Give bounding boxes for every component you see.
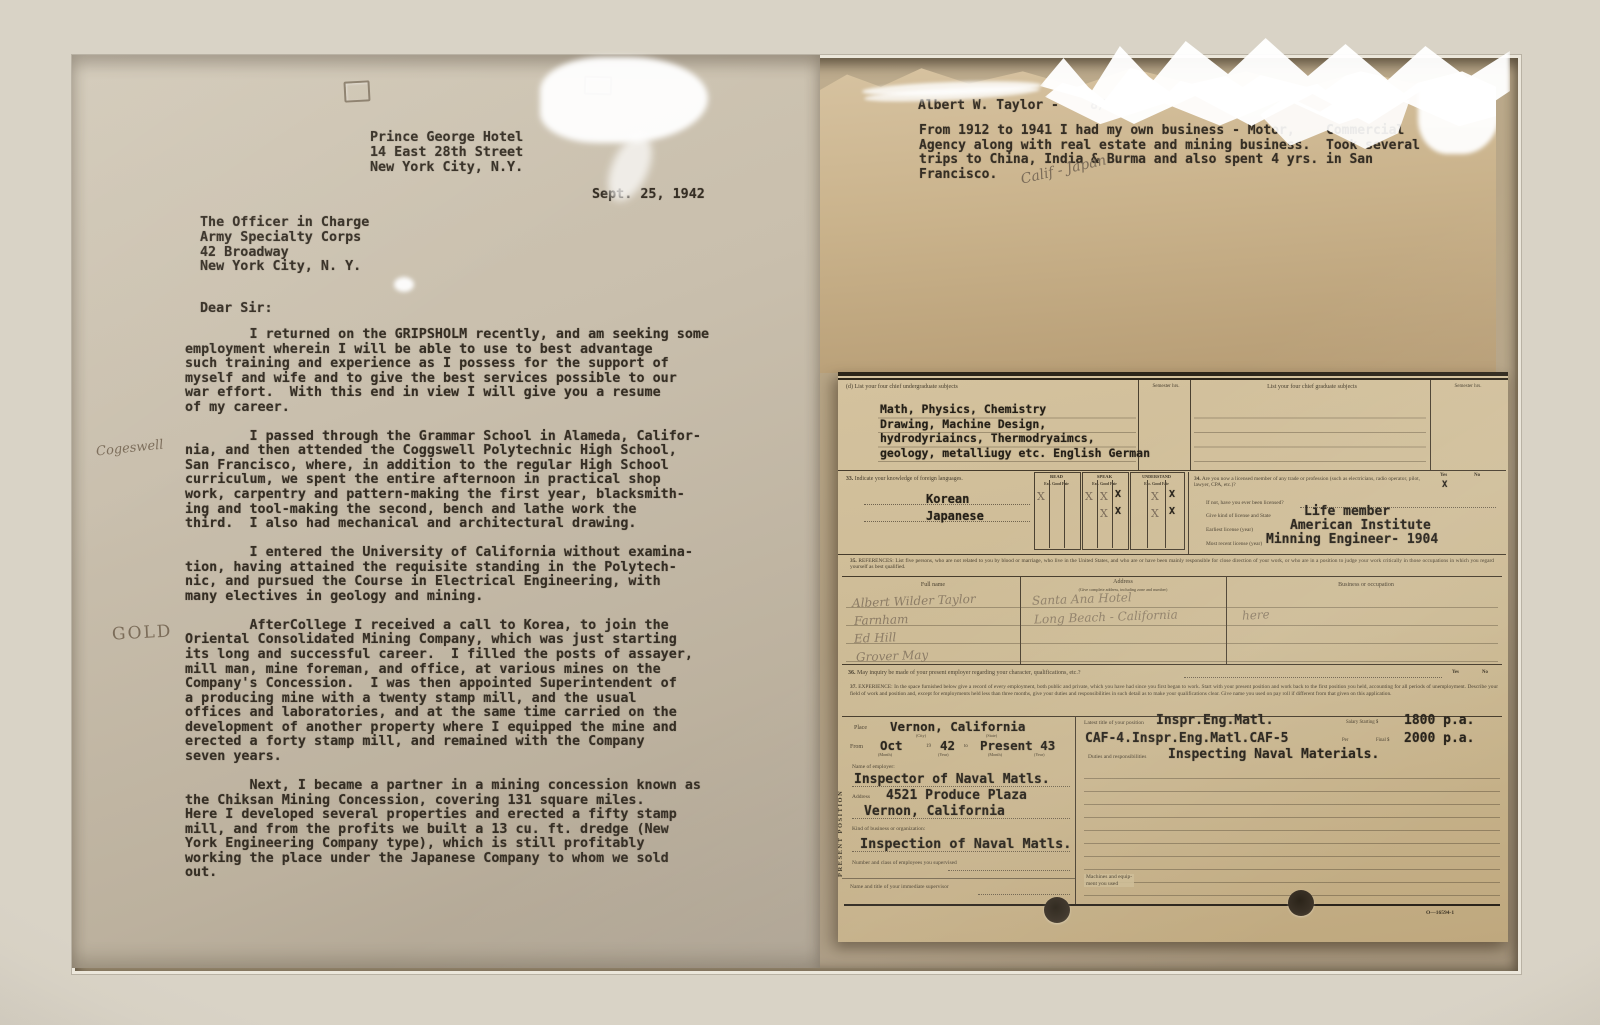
- duties-label: Duties and responsibilities: [1088, 754, 1146, 761]
- languages-label: Indicate your knowledge of foreign langu…: [855, 476, 963, 482]
- duties-value: Inspecting Naval Materials.: [1168, 747, 1379, 762]
- lang-mark-typed: X: [1115, 506, 1121, 517]
- edu-sem-hrs-2: Semester hrs.: [1434, 384, 1502, 390]
- card-heading: Albert W. Taylor - 8/28/44: [918, 98, 1145, 113]
- edu-grad-header: List your four chief graduate subjects: [1198, 384, 1426, 391]
- letter-date: Sept. 25, 1942: [592, 187, 705, 202]
- edu-ruled-lines: [878, 404, 1136, 462]
- lang-cell-line: [1147, 480, 1148, 548]
- references-col-name: Full name: [858, 582, 1008, 589]
- note-card: Albert W. Taylor - 8/28/44 From 1912 to …: [820, 62, 1496, 373]
- reference-row-name: Grover May: [856, 648, 929, 665]
- speak-group-label: SPEAK: [1082, 474, 1127, 479]
- punch-hole-right: [1288, 890, 1314, 916]
- subcol-labels-speak: Exc. Good Fair: [1082, 482, 1127, 486]
- from-year-value: 42: [940, 738, 955, 753]
- lang-mark-pencil: X: [1100, 507, 1108, 520]
- subcol-labels-understand: Exc. Good Fair: [1130, 482, 1183, 486]
- supervised-label: Number and class of employees you superv…: [852, 860, 992, 867]
- license-recent-label: Most recent license (year): [1206, 541, 1262, 547]
- place-label: Place: [854, 725, 867, 732]
- license-ever-label: If not, have you ever been licensed?: [1206, 500, 1284, 506]
- lang-cell-line: [1049, 480, 1050, 548]
- application-form: (d) List your four chief undergraduate s…: [838, 372, 1508, 942]
- language-name-dotline: [864, 521, 1030, 522]
- address-value: 4521 Produce Plaza: [886, 788, 1027, 803]
- exc-label: Exc.: [1044, 482, 1051, 486]
- letter-recipient-block: The Officer in Charge Army Specialty Cor…: [200, 216, 369, 275]
- lang-cell-line: [1112, 480, 1113, 548]
- lang-cell-line: [1064, 480, 1065, 548]
- title-value: Inspr.Eng.Matl.: [1156, 713, 1273, 728]
- grade-value: CAF-4.Inspr.Eng.Matl.CAF-5: [1085, 731, 1289, 746]
- business-label: Kind of business or organization:: [852, 826, 925, 833]
- section-divider: [1188, 472, 1189, 554]
- glare-dot-letter: [394, 277, 414, 292]
- references-heading: 35. REFERENCES: List five persons, who a…: [850, 558, 1494, 571]
- from-month-value: Oct: [880, 738, 903, 753]
- fair-label: Fair: [1062, 482, 1069, 486]
- address-dotline: [852, 818, 1070, 819]
- glare-blob-letter-top: [540, 57, 708, 143]
- title-label: Latest title of your position: [1084, 720, 1144, 727]
- form-number: O—16594-1: [1426, 910, 1454, 916]
- edu-undergrad-header: (d) List your four chief undergraduate s…: [846, 384, 1126, 391]
- experience-item-no: 37.: [850, 684, 857, 690]
- license-earliest-value: American Institute: [1290, 518, 1431, 533]
- machines-label: Machines and equip- ment you used: [1084, 874, 1134, 887]
- reference-row-name: Farnham: [854, 612, 909, 628]
- salary-label: Salary Starting $: [1346, 720, 1378, 726]
- inquiry-no-label: No: [1482, 670, 1488, 675]
- license-yes-mark: X: [1442, 480, 1447, 490]
- letter-body: I returned on the GRIPSHOLM recently, an…: [185, 328, 709, 881]
- languages-item-label: 33. Indicate your knowledge of foreign l…: [846, 476, 996, 483]
- section-33-34-bottom: [838, 554, 1506, 555]
- lang-mark-typed: X: [1169, 506, 1175, 517]
- card-body: From 1912 to 1941 I had my own business …: [919, 124, 1420, 182]
- from-label: From: [850, 744, 863, 751]
- license-kind-value: Life member: [1304, 504, 1390, 519]
- good-label: Good: [1052, 482, 1061, 486]
- margin-note-cogeswell: Cogeswell: [95, 438, 164, 460]
- reference-row-name: Ed Hill: [854, 630, 897, 645]
- languages-item-no: 33.: [846, 476, 853, 482]
- inquiry-text-span: May inquiry be made of your present empl…: [857, 670, 1081, 676]
- letter-sender-block: Prince George Hotel 14 East 28th Street …: [370, 131, 523, 175]
- license-question: 34. Are you now a licensed member of any…: [1194, 476, 1426, 489]
- salary-start-value: 1800 p.a.: [1404, 713, 1474, 728]
- year-sub-label: (Year): [938, 752, 949, 757]
- framed-documents-photo: Prince George Hotel 14 East 28th Street …: [0, 0, 1600, 1025]
- employer-label: Name of employer:: [852, 764, 895, 771]
- license-yes-label: Yes: [1440, 473, 1447, 478]
- understand-group-label: UNDERSTAND: [1130, 474, 1183, 479]
- mount-square-mark-right: [584, 76, 613, 96]
- license-no-label: No: [1474, 473, 1480, 478]
- supervisor-dotline: [978, 894, 1070, 895]
- mount-square-mark-left: [343, 80, 370, 102]
- lang-mark-typed: X: [1169, 489, 1175, 500]
- supervised-dotline: [948, 870, 1070, 871]
- city-sub-label: (City): [916, 733, 926, 738]
- supervisor-row-top: [842, 878, 1075, 879]
- month-sub-label: (Month): [878, 752, 892, 757]
- lang-cell-line: [1165, 480, 1166, 548]
- language-name-dotline: [864, 504, 1030, 505]
- license-earliest-label: Earliest license (year): [1206, 527, 1253, 533]
- references-table-bottom: [842, 664, 1502, 665]
- license-recent-value: Minning Engineer- 1904: [1266, 532, 1438, 547]
- letter-salutation: Dear Sir:: [200, 301, 273, 316]
- supervisor-label: Name and title of your immediate supervi…: [850, 884, 980, 891]
- edu-table-bottom: [838, 470, 1506, 471]
- year-pre-label: 19: [926, 744, 931, 750]
- salary-final-value: 2000 p.a.: [1404, 731, 1474, 746]
- to-label: to: [964, 744, 968, 750]
- license-kind-label: Give kind of license and State: [1206, 513, 1271, 519]
- year-sub-label: (Year): [1034, 752, 1045, 757]
- address-label: Address: [852, 794, 870, 801]
- inquiry-text: 36. May inquiry be made of your present …: [848, 670, 1081, 677]
- good-label: Good: [1100, 482, 1109, 486]
- subcol-labels-read: Exc. Good Fair: [1034, 482, 1079, 486]
- experience-col-divider: [1075, 716, 1076, 906]
- references-table-top: [842, 576, 1502, 577]
- good-label: Good: [1152, 482, 1161, 486]
- punch-hole-left: [1044, 897, 1070, 923]
- month-sub-label: (Month): [988, 752, 1002, 757]
- address-value-2: Vernon, California: [864, 804, 1005, 819]
- lang-mark-pencil: X: [1085, 490, 1093, 503]
- lang-mark-pencil: X: [1151, 490, 1159, 503]
- exc-label: Exc.: [1092, 482, 1099, 486]
- edu-table-line: [1430, 380, 1431, 470]
- per-label: Per: [1342, 738, 1348, 744]
- references-col-address: Address: [1028, 579, 1218, 586]
- place-value: Vernon, California: [890, 719, 1025, 734]
- inquiry-item-no: 36.: [848, 670, 856, 676]
- experience-heading: 37. EXPERIENCE: In the space furnished b…: [850, 684, 1498, 698]
- license-question-text: Are you now a licensed member of any tra…: [1194, 476, 1420, 488]
- form-bottom-rule: [844, 904, 1500, 906]
- lang-mark-pencil: X: [1100, 490, 1108, 503]
- letter-page: Prince George Hotel 14 East 28th Street …: [72, 55, 820, 968]
- employer-dotline: [852, 786, 1070, 787]
- reference-row-occupation: here: [1242, 607, 1270, 622]
- final-label: Final $: [1376, 738, 1389, 744]
- to-value: Present 43: [980, 738, 1055, 753]
- lang-cell-line: [1097, 480, 1098, 548]
- references-col-occupation: Business or occupation: [1238, 582, 1494, 589]
- experience-heading-text: EXPERIENCE: In the space furnished below…: [850, 684, 1498, 697]
- fair-label: Fair: [1110, 482, 1117, 486]
- business-value: Inspection of Naval Matls.: [860, 836, 1071, 852]
- business-dotline: [852, 851, 1070, 852]
- duties-ruled-lines: [1084, 766, 1500, 902]
- margin-note-gold: GOLD: [112, 621, 173, 644]
- present-position-sidebar: PRESENT POSITION: [837, 760, 849, 906]
- lang-mark-typed: X: [1115, 489, 1121, 500]
- employer-value: Inspector of Naval Matls.: [854, 772, 1050, 787]
- edu-table-line: [1190, 380, 1191, 470]
- edu-ruled-lines-grad: [1194, 404, 1426, 462]
- inquiry-dotline: [1184, 677, 1442, 678]
- read-group-label: READ: [1034, 474, 1079, 479]
- lang-mark-pencil: X: [1151, 507, 1159, 520]
- edu-sem-hrs-1: Semester hrs.: [1144, 384, 1188, 390]
- lang-mark-pencil: X: [1037, 490, 1045, 503]
- references-heading-text: REFERENCES: List five persons, who are n…: [850, 558, 1494, 570]
- inquiry-yes-label: Yes: [1452, 670, 1459, 675]
